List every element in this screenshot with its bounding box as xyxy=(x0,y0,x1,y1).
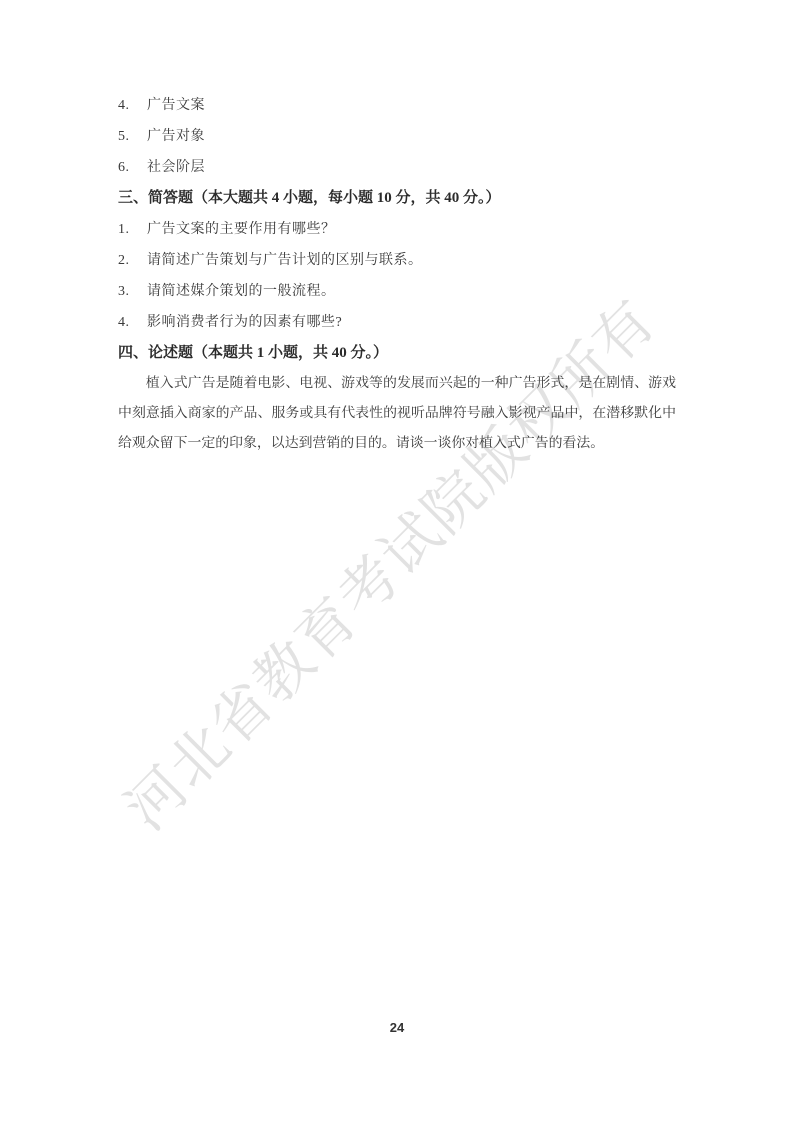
item-text: 请简述媒介策划的一般流程。 xyxy=(147,284,336,299)
list-item: 4.广告文案 xyxy=(118,90,676,121)
item-number: 4. xyxy=(118,307,147,338)
page-number: 24 xyxy=(0,1020,794,1035)
list-item: 6.社会阶层 xyxy=(118,152,676,183)
item-number: 1. xyxy=(118,214,147,245)
question-item: 3.请简述媒介策划的一般流程。 xyxy=(118,276,676,307)
item-text: 广告文案的主要作用有哪些？ xyxy=(147,222,336,237)
item-number: 5. xyxy=(118,121,147,152)
item-text: 广告对象 xyxy=(147,129,205,144)
list-item: 5.广告对象 xyxy=(118,121,676,152)
item-number: 3. xyxy=(118,276,147,307)
essay-prompt-paragraph: 植入式广告是随着电影、电视、游戏等的发展而兴起的一种广告形式，是在剧情、游戏中刻… xyxy=(118,369,676,459)
item-number: 2. xyxy=(118,245,147,276)
document-page: 河北省教育考试院版权所有 4.广告文案 5.广告对象 6.社会阶层 三、简答题（… xyxy=(0,0,794,1123)
question-item: 2.请简述广告策划与广告计划的区别与联系。 xyxy=(118,245,676,276)
page-content: 4.广告文案 5.广告对象 6.社会阶层 三、简答题（本大题共 4 小题，每小题… xyxy=(118,90,676,459)
section-heading-essay: 四、论述题（本题共 1 小题，共 40 分。） xyxy=(118,338,676,369)
section-heading-short-answer: 三、简答题（本大题共 4 小题，每小题 10 分，共 40 分。） xyxy=(118,183,676,214)
question-item: 4.影响消费者行为的因素有哪些? xyxy=(118,307,676,338)
item-text: 广告文案 xyxy=(147,98,205,113)
question-item: 1.广告文案的主要作用有哪些？ xyxy=(118,214,676,245)
item-number: 4. xyxy=(118,90,147,121)
item-text: 影响消费者行为的因素有哪些? xyxy=(147,315,342,330)
item-number: 6. xyxy=(118,152,147,183)
item-text: 请简述广告策划与广告计划的区别与联系。 xyxy=(147,253,423,268)
item-text: 社会阶层 xyxy=(147,160,205,175)
